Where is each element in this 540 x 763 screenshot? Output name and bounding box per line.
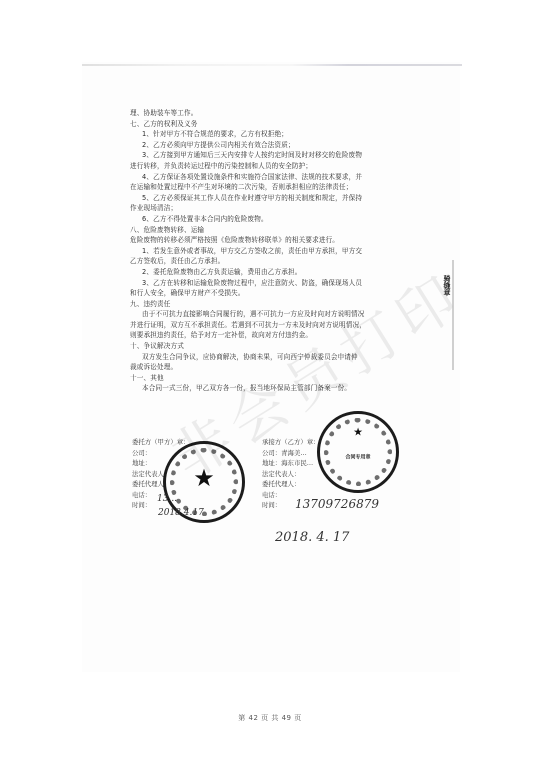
body-line: 并进行证明，双方互不承担责任。若遇到不可抗力一方未及时向对方说明情况， [130, 320, 430, 331]
star-icon: ★ [193, 466, 215, 490]
body-line: 则要承担违约责任，给予对方一定补偿，故向对方付违约金。 [130, 330, 430, 341]
body-line: 本合同一式三份，甲乙双方各一份，报当地环保局主管部门备案一份。 [130, 383, 430, 394]
handwritten-date-b: 2018. 4. 17 [275, 530, 349, 545]
body-line: 作业现场清洁； [130, 203, 430, 214]
body-line: 3、乙方在转移和运输危险废物过程中，应注意防火、防盗，确保现场人员 [130, 278, 430, 289]
handwritten-phone-b: 13709726879 [295, 497, 379, 511]
contract-body-text: 理、协助装车等工作。七、乙方的权利及义务1、针对甲方不符合规范的要求，乙方有权拒… [130, 108, 430, 394]
party-b-seal: ★ 合同专用章 [317, 411, 399, 493]
body-line: 十一、其他 [130, 373, 430, 384]
body-line: 5、乙方必须保证其工作人员在作业时遵守甲方的相关制度和规定，并保持 [130, 193, 430, 204]
body-line: 6、乙方不得处置非本合同内的危险废物。 [130, 214, 430, 225]
party-field: 委托方（甲方）章： [132, 437, 190, 448]
body-line: 九、违约责任 [130, 299, 430, 310]
body-line: 双方发生合同争议，应协商解决，协商未果，可向西宁仲裁委员会申请仲 [130, 352, 430, 363]
body-line: 乙方签收后，责任由乙方承担。 [130, 256, 430, 267]
body-line: 1、若发生意外或者事故，甲方交乙方签收之前，责任由甲方承担，甲方交 [130, 246, 430, 257]
body-line: 进行转移，并负责转运过程中的污染控制和人员的安全防护； [130, 161, 430, 172]
handwritten-phone-a: 13... [157, 494, 177, 504]
body-line: 由于不可抗力直接影响合同履行的，遇不可抗力一方应及时向对方说明情况 [130, 309, 430, 320]
body-line: 1、针对甲方不符合规范的要求，乙方有权拒绝； [130, 129, 430, 140]
party-field: 法定代表人： [262, 469, 320, 480]
body-line: 十、争议解决方式 [130, 341, 430, 352]
body-line: 七、乙方的权利及义务 [130, 119, 430, 130]
body-line: 4、乙方保证各项处置设施条件和实施符合国家法律、法规的技术要求，并 [130, 172, 430, 183]
scan-edge-line [82, 64, 462, 66]
party-field: 委托代理人： [262, 479, 320, 490]
handwritten-date-a: 2018.4.17 [158, 508, 204, 518]
body-line: 理、协助装车等工作。 [130, 108, 430, 119]
seal-inner-text: 合同专用章 [345, 455, 370, 462]
star-icon: ★ [353, 427, 363, 438]
body-line: 八、危险废物转移、运输 [130, 225, 430, 236]
body-line: 3、乙方接到甲方通知后三天内安排专人按约定时间及时对移交的危险废物 [130, 150, 430, 161]
body-line: 和行人安全，确保甲方财产不受损失。 [130, 288, 430, 299]
party-field: 地址：海东市民… [262, 458, 320, 469]
side-seal-text: 骑缝章 [442, 275, 452, 296]
party-field: 公司：青海美… [262, 448, 320, 459]
party-field: 承接方（乙方）章： [262, 437, 320, 448]
body-line: 在运输和处置过程中不产生对环境的二次污染，否则承担相应的法律责任； [130, 182, 430, 193]
body-line: 2、乙方必须向甲方提供公司内相关有效合法资质； [130, 140, 430, 151]
body-line: 2、委托危险废物由乙方负责运输，费用由乙方承担。 [130, 267, 430, 278]
page-footer: 第 42 页 共 49 页 [0, 713, 540, 723]
body-line: 危险废物的转移必须严格按照《危险废物转移联单》的相关要求进行。 [130, 235, 430, 246]
scan-fold-line [452, 260, 454, 370]
body-line: 裁或诉讼处理。 [130, 362, 430, 373]
